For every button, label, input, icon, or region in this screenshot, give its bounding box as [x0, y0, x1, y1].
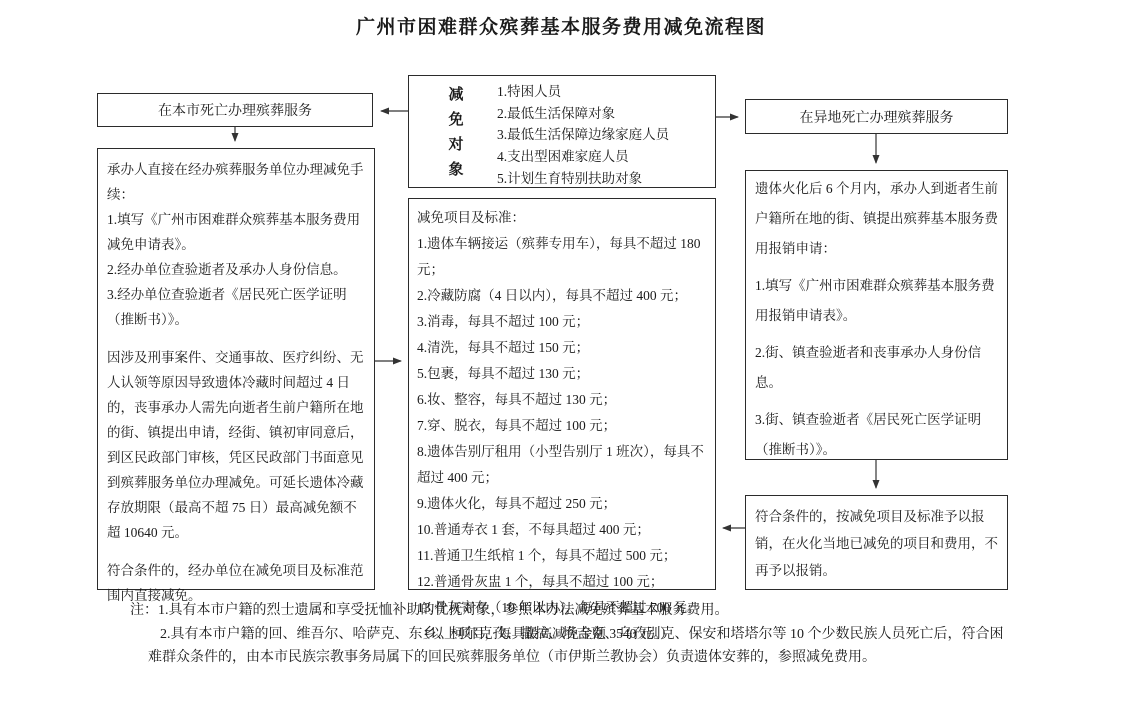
reduction-targets-vertical-label: 减免对象	[447, 83, 465, 183]
page-title: 广州市困难群众殡葬基本服务费用减免流程图	[0, 12, 1122, 39]
box-local-death-service: 在本市死亡办理殡葬服务	[97, 93, 373, 127]
reduction-item: 6.妆、整容，每具不超过 130 元；	[417, 387, 707, 413]
local-procedure-step: 3.经办单位查验逝者《居民死亡医学证明（推断书）》。	[107, 282, 365, 332]
reduction-item: 2.冷藏防腐（4 日以内），每具不超过 400 元；	[417, 283, 707, 309]
reimbursement-rule-text: 符合条件的，按减免项目及标准予以报销，在火化当地已减免的项目和费用，不再予以报销…	[755, 509, 998, 578]
local-procedure-intro: 承办人直接在经办殡葬服务单位办理减免手续：	[107, 157, 365, 207]
footnotes: 注：1.具有本市户籍的烈士遗属和享受抚恤补助的优抚对象，参照本办法减免殡葬基本服…	[130, 599, 1012, 670]
box-local-procedure: 承办人直接在经办殡葬服务单位办理减免手续： 1.填写《广州市困难群众殡葬基本服务…	[97, 148, 375, 590]
target-item: 1.特困人员	[497, 81, 711, 103]
local-procedure-step: 2.经办单位查验逝者及承办人身份信息。	[107, 257, 365, 282]
remote-procedure-step: 1.填写《广州市困难群众殡葬基本服务费用报销申请表》。	[755, 271, 998, 331]
reduction-item: 4.清洗，每具不超过 150 元；	[417, 335, 707, 361]
local-procedure-step: 1.填写《广州市困难群众殡葬基本服务费用减免申请表》。	[107, 207, 365, 257]
target-item: 3.最低生活保障边缘家庭人员	[497, 124, 711, 146]
reduction-item: 8.遗体告别厅租用（小型告别厅 1 班次），每具不超过 400 元；	[417, 439, 707, 491]
local-procedure-special-case: 因涉及刑事案件、交通事故、医疗纠纷、无人认领等原因导致遗体冷藏时间超过 4 日的…	[107, 345, 365, 545]
target-item: 2.最低生活保障对象	[497, 103, 711, 125]
reduction-item: 7.穿、脱衣，每具不超过 100 元；	[417, 413, 707, 439]
reduction-item: 10.普通寿衣 1 套，不每具超过 400 元；	[417, 517, 707, 543]
target-item: 5.计划生育特别扶助对象	[497, 168, 711, 190]
reduction-items-header: 减免项目及标准：	[417, 205, 707, 231]
remote-procedure-intro: 遗体火化后 6 个月内，承办人到逝者生前户籍所在地的街、镇提出殡葬基本服务费用报…	[755, 174, 998, 264]
reduction-item: 12.普通骨灰盅 1 个，每具不超过 100 元；	[417, 569, 707, 595]
reduction-item: 11.普通卫生纸棺 1 个，每具不超过 500 元；	[417, 543, 707, 569]
box-local-death-label: 在本市死亡办理殡葬服务	[158, 100, 312, 120]
box-remote-death-label: 在异地死亡办理殡葬服务	[800, 107, 954, 127]
reduction-item: 1.遗体车辆接运（殡葬专用车），每具不超过 180 元；	[417, 231, 707, 283]
reduction-targets-list: 1.特困人员 2.最低生活保障对象 3.最低生活保障边缘家庭人员 4.支出型困难…	[497, 81, 711, 190]
remote-procedure-step: 3.街、镇查验逝者《居民死亡医学证明（推断书）》。	[755, 405, 998, 465]
footnote-1: 注：1.具有本市户籍的烈士遗属和享受抚恤补助的优抚对象，参照本办法减免殡葬基本服…	[130, 599, 1012, 623]
footnote-2: 2.具有本市户籍的回、维吾尔、哈萨克、东乡、柯尔克孜、撒拉、塔吉克、乌孜别克、保…	[130, 623, 1012, 670]
remote-procedure-step: 2.街、镇查验逝者和丧事承办人身份信息。	[755, 338, 998, 398]
target-item: 4.支出型困难家庭人员	[497, 146, 711, 168]
reduction-item: 9.遗体火化，每具不超过 250 元；	[417, 491, 707, 517]
flowchart-canvas: 广州市困难群众殡葬基本服务费用减免流程图 在本市死亡办理殡葬服务 在异地死亡办理…	[0, 0, 1122, 706]
box-remote-procedure: 遗体火化后 6 个月内，承办人到逝者生前户籍所在地的街、镇提出殡葬基本服务费用报…	[745, 170, 1008, 460]
reduction-item: 5.包裹，每具不超过 130 元；	[417, 361, 707, 387]
box-reimbursement-rule: 符合条件的，按减免项目及标准予以报销，在火化当地已减免的项目和费用，不再予以报销…	[745, 495, 1008, 590]
box-remote-death-service: 在异地死亡办理殡葬服务	[745, 99, 1008, 134]
box-reduction-targets: 减免对象 1.特困人员 2.最低生活保障对象 3.最低生活保障边缘家庭人员 4.…	[408, 75, 716, 188]
box-reduction-items-standards: 减免项目及标准： 1.遗体车辆接运（殡葬专用车），每具不超过 180 元； 2.…	[408, 198, 716, 590]
reduction-item: 3.消毒，每具不超过 100 元；	[417, 309, 707, 335]
